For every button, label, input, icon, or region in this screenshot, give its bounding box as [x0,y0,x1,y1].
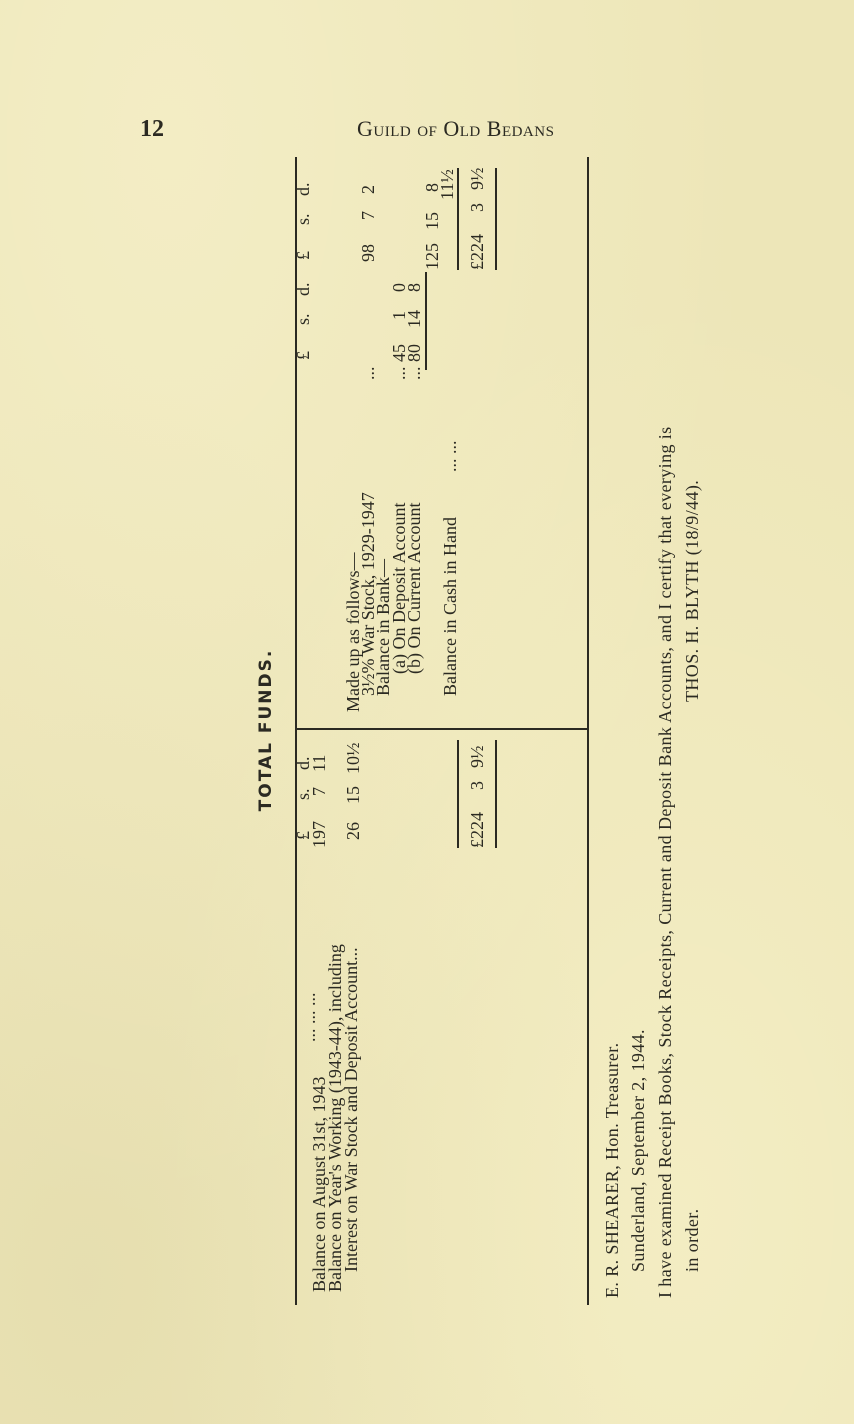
right-row-7-pence: 11½ [440,169,455,200]
auditor-signature: THOS. H. BLYTH (18/9/44). [682,480,703,702]
right-row-5-pence: 8 [407,283,422,292]
right-row-6-shillings: 15 [425,212,440,230]
bank-subtotal-rule [425,272,427,370]
table-border-top [295,157,297,1305]
left-row-1-pence: 11 [312,755,327,772]
right-header-shillings-2: s. [296,213,311,225]
treasurer-signature: E. R. SHEARER, Hon. Treasurer. [602,1042,623,1298]
left-row-1-pounds: 197 [312,821,327,848]
place-date: Sunderland, September 2, 1944. [628,1029,649,1272]
right-row-7-dots: ... ... [443,441,458,473]
right-header-pence-2: d. [296,183,311,197]
rotated-content: TOTAL FUNDS. Balance on August 31st, 194… [250,150,730,1310]
left-row-1-shillings: 7 [312,787,327,796]
right-row-5-dots: ... [407,367,422,381]
left-total-rule-bottom [495,740,497,848]
left-total-pence: 9½ [470,746,485,769]
right-row-2-dots: ... [361,367,376,381]
right-total-rule-top [457,168,459,270]
left-total-rule-top [457,740,459,848]
left-row-3-pence: 10½ [346,743,361,775]
running-title: Guild of Old Bedans [357,116,554,142]
table-border-bottom [587,157,589,1305]
right-row-2-shillings: 7 [361,211,376,220]
left-row-1-dots: ... ... ... [302,993,317,1043]
section-title: TOTAL FUNDS. [256,150,276,1310]
table-center-divider [296,728,587,730]
left-row-3-pounds: 26 [346,822,361,840]
right-row-6-pounds: 125 [425,243,440,270]
right-row-7-label: Balance in Cash in Hand [443,517,458,696]
page-number: 12 [140,116,164,143]
left-total-pounds: £224 [470,812,485,848]
right-row-5-pounds: 80 [407,344,422,362]
auditor-statement-line-2: in order. [682,1208,703,1272]
right-header-pounds-2: £ [296,251,311,260]
right-header-shillings: s. [296,313,311,325]
right-header-pence: d. [296,283,311,297]
right-row-2-pence: 2 [361,185,376,194]
right-total-shillings: 3 [470,203,485,212]
right-total-pence: 9½ [470,168,485,191]
right-header-pounds: £ [296,351,311,360]
auditor-statement-line-1: I have examined Receipt Books, Stock Rec… [655,426,676,1298]
right-total-rule-bottom [495,168,497,270]
right-row-2-pounds: 98 [361,244,376,262]
right-total-pounds: £224 [470,234,485,270]
right-row-5-shillings: 14 [407,310,422,328]
left-row-3-label: Interest on War Stock and Deposit Accoun… [344,947,359,1272]
right-row-5-label: (b) On Current Account [407,503,422,674]
left-total-shillings: 3 [470,781,485,790]
left-row-3-shillings: 15 [346,786,361,804]
